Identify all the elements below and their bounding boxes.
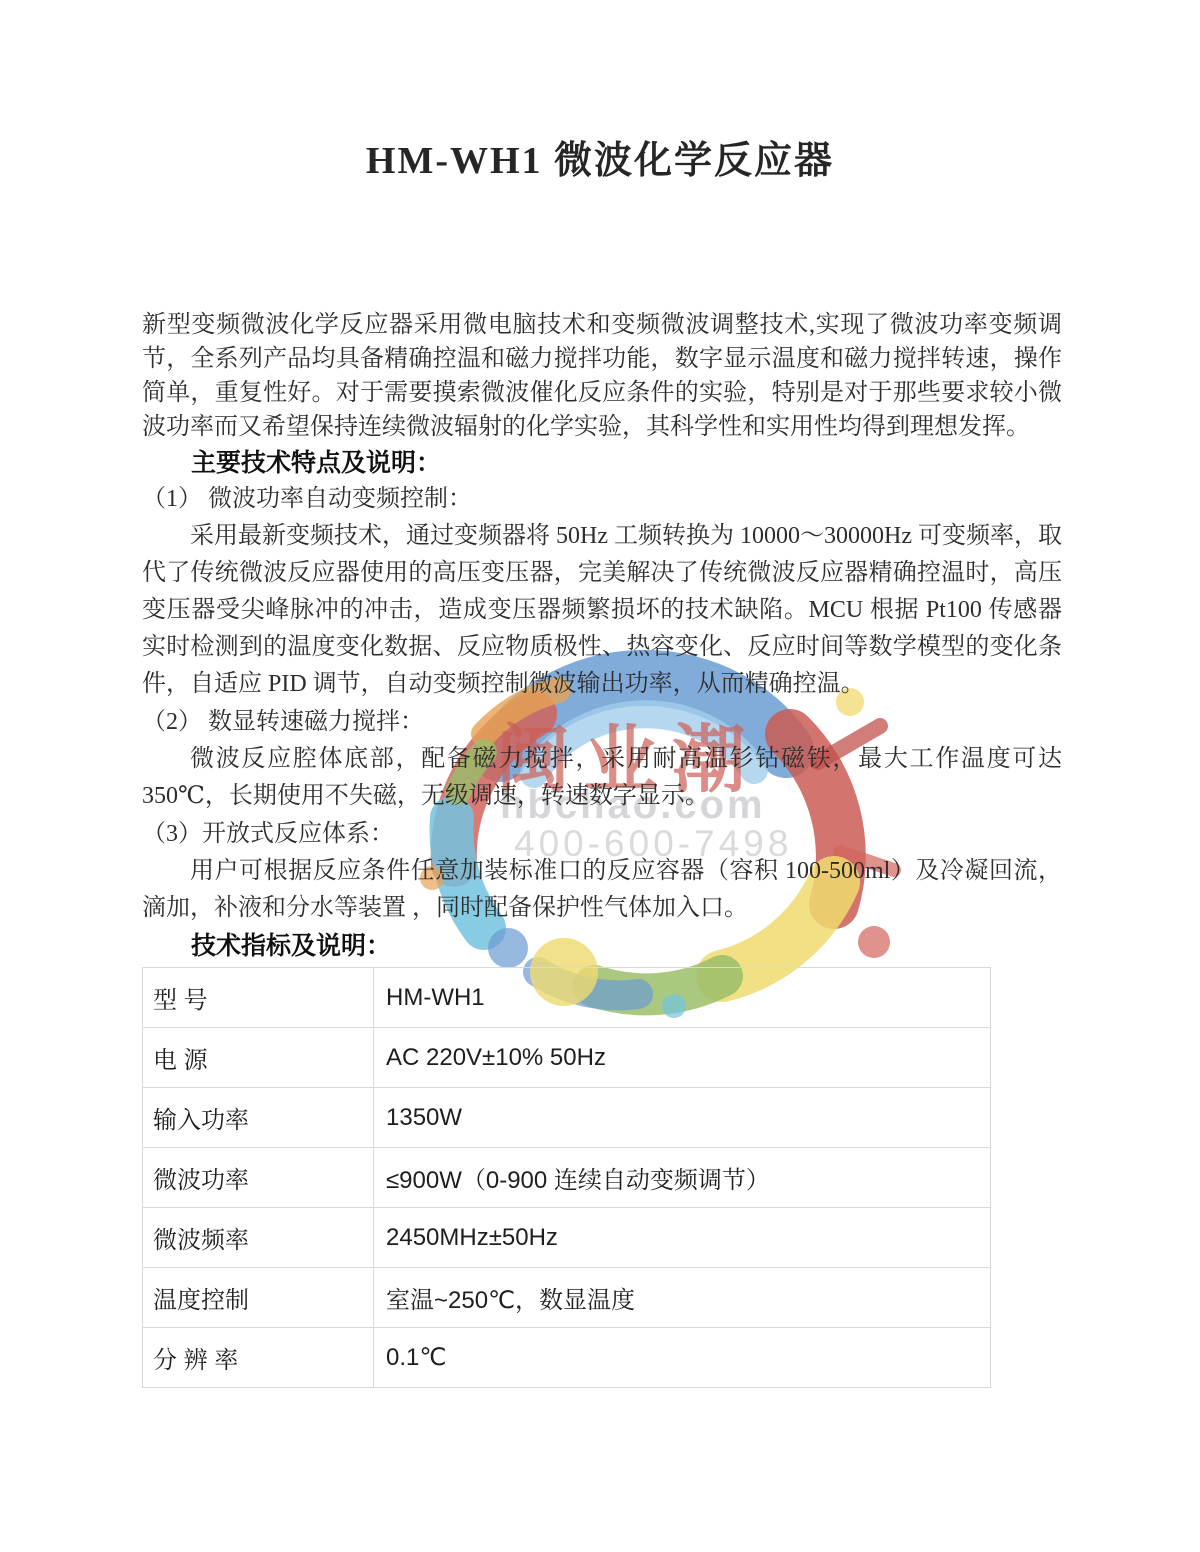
feature-1-label: （1） 微波功率自动变频控制： (142, 481, 1062, 518)
document-content: HM-WH1 微波化学反应器 新型变频微波化学反应器采用微电脑技术和变频微波调整… (0, 0, 1200, 1388)
spec-value: 室温~250℃，数显温度 (374, 1268, 991, 1328)
spec-value: 0.1℃ (374, 1328, 991, 1388)
features-heading: 主要技术特点及说明： (142, 447, 1062, 480)
feature-1-body: 采用最新变频技术，通过变频器将 50Hz 工频转换为 10000～30000Hz… (142, 518, 1062, 703)
table-row: 分 辨 率 0.1℃ (143, 1328, 991, 1388)
table-row: 电 源 AC 220V±10% 50Hz (143, 1028, 991, 1088)
spec-label: 微波频率 (143, 1208, 374, 1268)
spec-value: ≤900W（0-900 连续自动变频调节） (374, 1148, 991, 1208)
document-page: 闽业潮 hbchao.com 400-600-7498 HM-WH1 微波化学反… (0, 0, 1200, 1552)
specs-heading: 技术指标及说明： (142, 930, 1062, 963)
table-row: 型 号 HM-WH1 (143, 968, 991, 1028)
feature-2-label: （2） 数显转速磁力搅拌： (142, 704, 1062, 741)
specs-table: 型 号 HM-WH1 电 源 AC 220V±10% 50Hz 输入功率 135… (142, 967, 991, 1388)
spec-label: 电 源 (143, 1028, 374, 1088)
feature-3-label: （3）开放式反应体系： (142, 816, 1062, 853)
spec-value: AC 220V±10% 50Hz (374, 1028, 991, 1088)
feature-3-body: 用户可根据反应条件任意加装标准口的反应容器（容积 100-500ml）及冷凝回流… (142, 853, 1062, 927)
table-row: 微波功率 ≤900W（0-900 连续自动变频调节） (143, 1148, 991, 1208)
intro-paragraph: 新型变频微波化学反应器采用微电脑技术和变频微波调整技术,实现了微波功率变频调节，… (142, 308, 1062, 444)
spec-label: 微波功率 (143, 1148, 374, 1208)
table-row: 微波频率 2450MHz±50Hz (143, 1208, 991, 1268)
spec-label: 分 辨 率 (143, 1328, 374, 1388)
page-title: HM-WH1 微波化学反应器 (0, 0, 1200, 184)
table-row: 输入功率 1350W (143, 1088, 991, 1148)
spec-value: 2450MHz±50Hz (374, 1208, 991, 1268)
table-row: 温度控制 室温~250℃，数显温度 (143, 1268, 991, 1328)
spec-value: HM-WH1 (374, 968, 991, 1028)
spec-label: 型 号 (143, 968, 374, 1028)
spec-label: 输入功率 (143, 1088, 374, 1148)
spec-label: 温度控制 (143, 1268, 374, 1328)
spec-value: 1350W (374, 1088, 991, 1148)
feature-2-body: 微波反应腔体底部，配备磁力搅拌，采用耐高温钐钴磁铁，最大工作温度可达 350℃，… (142, 741, 1062, 815)
